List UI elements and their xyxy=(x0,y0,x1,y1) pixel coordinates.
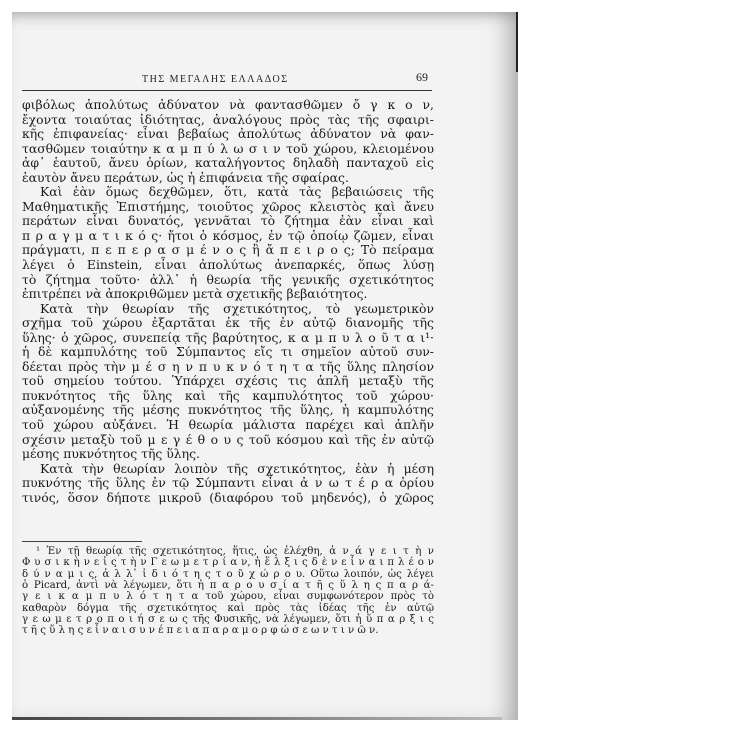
text-line: λέγει ὁ Einstein, εἶναι ἀπολύτως ἀνεπαρκ… xyxy=(22,258,434,273)
text-line: τοῦ χώρου αὐξάνει. Ἡ θεωρία μάλιστα παρέ… xyxy=(22,418,434,433)
text-line: τὸ ζήτημα τοῦτο· ἀλλ᾽ ἡ θεωρία τῆς γενικ… xyxy=(22,273,434,288)
paragraph-start-line: Καὶ ἐὰν ὅμως δεχθῶμεν, ὅτι, κατὰ τὰς βεβ… xyxy=(22,185,434,200)
footnote-line: γ ε ι κ α μ π υ λ ό τ η τ α τοῦ χώρου, ε… xyxy=(22,591,434,602)
text-line: πυκνότητος τῆς ὕλης καὶ τῆς καμπυλότητος… xyxy=(22,389,434,404)
text-line: τοῦ σημείου τούτου. Ὑπάρχει σχέσις τις ἁ… xyxy=(22,374,434,389)
text-line: ἡ δὲ καμπυλότης τοῦ Σύμπαντος εἴς τι σημ… xyxy=(22,345,434,360)
text-line: πυκνότης τῆς ὕλης ἐν τῷ Σύμπαντι εἶναι ἀ… xyxy=(22,476,434,491)
text-line: κῆς ἐπιφανείας· εἶναι βεβαίως ἀπολύτως ἀ… xyxy=(22,127,434,142)
text-line: ἑαυτὸν ἄνευ περάτων, ὡς ἡ ἐπιφάνεια τῆς … xyxy=(22,171,434,186)
text-line: π ρ α γ μ α τ ι κ ό ς· ἤτοι ὁ κόσμος, ἐν… xyxy=(22,229,434,244)
text-line: αὐξανομένης τῆς μέσης πυκνότητος τῆς ὕλη… xyxy=(22,403,434,418)
footnote-line: δ ύ ν α μ ι ς, ἀ λ λ᾽ ἰ δ ι ό τ η ς τ ο … xyxy=(22,569,434,580)
footnote-line: Φ υ σ ι κ ὴ ν ε ἰ ς τ ὴ ν Γ ε ω μ ε τ ρ … xyxy=(22,557,434,568)
footnote-line: τ ῆ ς ὕ λ η ς ε ἶ ν α ι σ υ ν έ π ε ι α … xyxy=(22,625,434,636)
page-number: 69 xyxy=(416,70,428,85)
text-line: ἀφ᾽ ἑαυτοῦ, ἄνευ ὁρίων, καταλήγοντος δηλ… xyxy=(22,156,434,171)
footnote-line: ¹ Ἐν τῇ θεωρίᾳ τῆς σχετικότητος, ἥτις, ὡ… xyxy=(22,546,434,557)
page-bottom-edge xyxy=(12,717,502,720)
body-text: φιβόλως ἀπολύτως ἀδύνατον νὰ φαντασθῶμεν… xyxy=(22,98,434,505)
text-line: μέσης πυκνότητος τῆς ὕλης. xyxy=(22,447,434,462)
text-line: φιβόλως ἀπολύτως ἀδύνατον νὰ φαντασθῶμεν… xyxy=(22,98,434,113)
text-line: ἐπιτρέπει νὰ ἀποκριθῶμεν μετὰ σχετικῆς β… xyxy=(22,287,434,302)
text-line: σχῆμα τοῦ χώρου ἐξαρτᾶται ἐκ τῆς ἐν αὐτῷ… xyxy=(22,316,434,331)
text-line: τινός, ὅσον δήποτε μικροῦ (διαφόρου τοῦ … xyxy=(22,491,434,506)
footnote-line: γ ε ω μ ε τ ρ ο π ο ι ή σ ε ω ς τῆς Φυσι… xyxy=(22,614,434,625)
running-title: ΤΗΣ ΜΕΓΑΛΗΣ ΕΛΛΑΔΟΣ xyxy=(142,74,289,85)
text-line: δέεται πρὸς τὴν μ έ σ η ν π υ κ ν ό τ η … xyxy=(22,360,434,375)
footnote-line: ὁ Picard, ἀντὶ νὰ λέγωμεν, ὅτι ἡ π α ρ ο… xyxy=(22,580,434,591)
page-edge-shadow xyxy=(516,12,518,72)
text-line: τασθῶμεν τοιαύτην κ α μ π ύ λ ω σ ι ν το… xyxy=(22,142,434,157)
running-head: ΤΗΣ ΜΕΓΑΛΗΣ ΕΛΛΑΔΟΣ 69 xyxy=(22,70,432,91)
text-line: περάτων εἶναι δυνατός, γεννᾶται τὸ ζήτημ… xyxy=(22,214,434,229)
footnote: ¹ Ἐν τῇ θεωρίᾳ τῆς σχετικότητος, ἥτις, ὡ… xyxy=(22,546,434,637)
text-line: ἔχοντα τοιαύτας ἰδιότητας, ἀναλόγους πρὸ… xyxy=(22,113,434,128)
text-line: πράγματι, π ε π ε ρ α σ μ έ ν ο ς ἢ ἄ π … xyxy=(22,243,434,258)
footnote-rule xyxy=(22,541,142,542)
footnote-line: καθαρὸν δόγμα τῆς σχετικότητος καὶ πρὸς … xyxy=(22,603,434,614)
text-line: ὕλης· ὁ χῶρος, συνεπείᾳ τῆς βαρύτητος, κ… xyxy=(22,331,434,346)
text-line: σχέσιν μεταξὺ τοῦ μ ε γ έ θ ο υ ς τοῦ κό… xyxy=(22,433,434,448)
paragraph-start-line: Κατὰ τὴν θεωρίαν τῆς σχετικότητος, τὸ γε… xyxy=(22,302,434,317)
